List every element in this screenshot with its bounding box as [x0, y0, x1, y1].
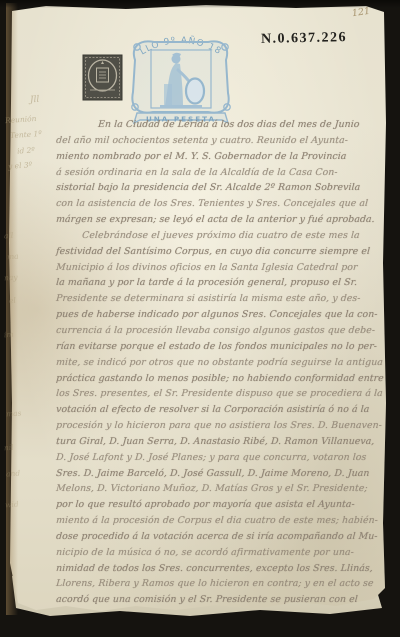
manuscript-line: D. José Lafont y D. José Planes; y para …: [55, 450, 390, 466]
manuscript-line: dose procedido á la votación acerca de s…: [55, 529, 390, 545]
fiscal-seal: SELLO 9º AÑO 1874 UNA PESETA: [118, 20, 244, 125]
scan-top-shadow: [0, 0, 400, 8]
manuscript-line: la mañana y por la tarde á la procesión …: [55, 275, 390, 291]
manuscript-line: Llorens, Ribera y Ramos que lo hicieron …: [55, 576, 390, 592]
manuscript-body: En la Ciudad de Lérida á los dos dias de…: [56, 117, 390, 608]
manuscript-line: márgen se expresan; se leyó el acta de l…: [55, 212, 390, 228]
margin-note: wid: [5, 500, 19, 510]
manuscript-line: con la asistencia de los Sres. Tenientes…: [55, 196, 390, 212]
manuscript-line: rían evitarse porque el estado de los fo…: [55, 339, 390, 355]
margin-note: id 2º: [17, 145, 35, 155]
manuscript-line: En la Ciudad de Lérida á los dos dias de…: [55, 117, 390, 133]
manuscript-line: por lo que resultó aprobado por mayoría …: [55, 497, 390, 513]
document-scan: SELLO 9º AÑO 1874 UNA PESETA N.0.637.226…: [0, 0, 400, 637]
manuscript-line: los Sres. presentes, el Sr. Presidente d…: [55, 386, 390, 402]
margin-note: im: [4, 330, 14, 340]
revenue-stamp-icon: [82, 54, 123, 101]
manuscript-line: Melons, D. Victoriano Muñoz, D. Matías G…: [55, 481, 390, 497]
manuscript-line: procesión y lo hicieron para que no asis…: [55, 418, 390, 434]
manuscript-line: Sres. D. Jaime Barceló, D. José Gassull,…: [55, 466, 390, 482]
manuscript-line: festividad del Santísimo Corpus, en cuyo…: [55, 244, 390, 260]
manuscript-line: pues de haberse indicado por algunos Sre…: [55, 307, 390, 323]
margin-note: y el 3º: [8, 160, 33, 171]
margin-note: Jll: [30, 95, 40, 106]
margin-note: ma: [7, 252, 19, 262]
margin-note: nil: [4, 443, 14, 453]
manuscript-line: tura Giral, D. Juan Serra, D. Anastasio …: [55, 434, 390, 450]
binding-edge: [6, 3, 18, 615]
manuscript-line: sistorial bajo la presidencia del Sr. Al…: [55, 180, 390, 196]
manuscript-line: miento nombrado por el M. Y. S. Gobernad…: [55, 149, 390, 165]
margin-note: nay: [4, 273, 18, 283]
manuscript-line: currencia á la procesión llevaba consigo…: [55, 323, 390, 339]
manuscript-line: nimidad de todos los Sres. concurrentes,…: [55, 561, 390, 577]
manuscript-line: miento á la procesión de Corpus el dia c…: [55, 513, 390, 529]
margin-note: all: [4, 231, 14, 241]
manuscript-line: Presidente se determinara si asistiría l…: [55, 291, 390, 307]
margin-note: mas: [6, 408, 22, 418]
margin-note: el: [9, 296, 16, 305]
manuscript-line: Celebrándose el jueves próximo dia cuatr…: [55, 228, 390, 244]
manuscript-line: á sesión ordinaria en la sala de la Alca…: [55, 165, 390, 181]
manuscript-line: nicipio de la música ó no, se acordó afi…: [55, 545, 390, 561]
serial-number: N.0.637.226: [261, 30, 347, 48]
manuscript-line: práctica gastando lo menos posible; no h…: [55, 371, 390, 387]
manuscript-line: acordó que una comisión y el Sr. Preside…: [55, 592, 390, 608]
manuscript-line: Municipio á los divinos oficios en la Sa…: [55, 260, 390, 276]
manuscript-line: votación al efecto de resolver si la Cor…: [55, 402, 390, 418]
margin-note: and: [6, 469, 21, 479]
manuscript-line: del año mil ochocientos setenta y cuatro…: [55, 133, 390, 149]
manuscript-line: mite, se indicó por otros que no obstant…: [55, 355, 390, 371]
